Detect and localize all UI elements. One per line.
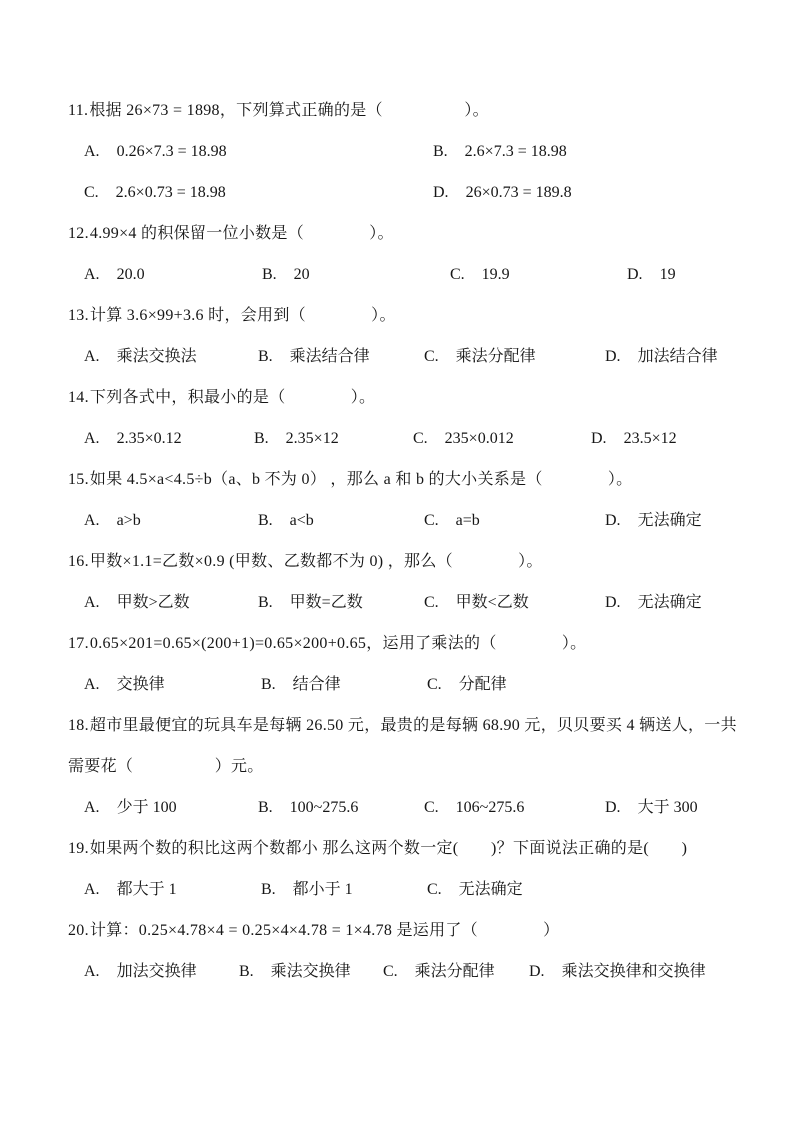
option-text: 结合律 xyxy=(293,676,341,693)
option-c: C.无法确定 xyxy=(427,869,741,910)
question-19: 19.如果两个数的积比这两个数都小 那么这两个数一定( )？下面说法正确的是( … xyxy=(68,828,741,910)
question-text: 计算 3.6×99+3.6 时，会用到（ ）。 xyxy=(90,307,396,324)
option-label: A. xyxy=(84,143,100,160)
option-text: 无法确定 xyxy=(638,512,702,529)
question-number: 20. xyxy=(68,922,89,939)
option-label: D. xyxy=(433,184,449,201)
option-text: 少于 100 xyxy=(117,799,177,816)
option-label: D. xyxy=(591,430,607,447)
option-label: B. xyxy=(258,348,273,365)
options-row: A.乘法交换法 B.乘法结合律 C.乘法分配律 D.加法结合律 xyxy=(68,336,741,377)
option-text: 2.6×7.3 = 18.98 xyxy=(465,143,567,160)
option-a: A.交换律 xyxy=(84,664,261,705)
option-label: B. xyxy=(258,799,273,816)
option-text: 100~275.6 xyxy=(290,799,359,816)
option-d: D.乘法交换律和交换律 xyxy=(529,951,741,992)
option-d: D.23.5×12 xyxy=(591,418,741,459)
option-text: 20.0 xyxy=(117,266,145,283)
option-c: C.乘法分配律 xyxy=(424,336,605,377)
option-label: B. xyxy=(261,676,276,693)
option-label: C. xyxy=(383,963,398,980)
options-row: A.交换律 B.结合律 C.分配律 xyxy=(68,664,741,705)
question-number: 13. xyxy=(68,307,89,324)
option-text: a<b xyxy=(290,512,314,529)
option-text: 大于 300 xyxy=(638,799,698,816)
option-b: B.100~275.6 xyxy=(258,787,424,828)
option-text: 乘法结合律 xyxy=(290,348,370,365)
option-label: B. xyxy=(262,266,277,283)
option-d: D.大于 300 xyxy=(605,787,741,828)
option-c: C.甲数<乙数 xyxy=(424,582,605,623)
question-14: 14.下列各式中，积最小的是（ ）。 A.2.35×0.12 B.2.35×12… xyxy=(68,377,741,459)
question-stem: 11.根据 26×73 = 1898，下列算式正确的是（ ）。 xyxy=(68,90,741,131)
option-label: A. xyxy=(84,594,100,611)
question-number: 15. xyxy=(68,471,89,488)
option-label: A. xyxy=(84,266,100,283)
option-label: D. xyxy=(605,512,621,529)
option-a: A.乘法交换法 xyxy=(84,336,258,377)
option-label: A. xyxy=(84,963,100,980)
option-label: D. xyxy=(627,266,643,283)
option-b: B.2.35×12 xyxy=(254,418,413,459)
option-b: B.a<b xyxy=(258,500,424,541)
option-d: D.无法确定 xyxy=(605,582,741,623)
options-row: A.少于 100 B.100~275.6 C.106~275.6 D.大于 30… xyxy=(68,787,741,828)
option-d: D.加法结合律 xyxy=(605,336,741,377)
options-row: A.2.35×0.12 B.2.35×12 C.235×0.012 D.23.5… xyxy=(68,418,741,459)
option-b: B.结合律 xyxy=(261,664,427,705)
option-label: A. xyxy=(84,676,100,693)
option-text: 乘法分配律 xyxy=(415,963,495,980)
option-b: B.甲数=乙数 xyxy=(258,582,424,623)
question-text: 下列各式中，积最小的是（ ）。 xyxy=(90,389,375,406)
option-label: A. xyxy=(84,512,100,529)
question-11: 11.根据 26×73 = 1898，下列算式正确的是（ ）。 A.0.26×7… xyxy=(68,90,741,213)
question-number: 19. xyxy=(68,840,89,857)
question-stem: 19.如果两个数的积比这两个数都小 那么这两个数一定( )？下面说法正确的是( … xyxy=(68,828,741,869)
option-c: C.19.9 xyxy=(450,254,627,295)
option-label: C. xyxy=(427,676,442,693)
option-text: 交换律 xyxy=(117,676,165,693)
option-a: A.甲数>乙数 xyxy=(84,582,258,623)
question-17: 17.0.65×201=0.65×(200+1)=0.65×200+0.65，运… xyxy=(68,623,741,705)
question-number: 16. xyxy=(68,553,89,570)
option-c: C.a=b xyxy=(424,500,605,541)
option-text: 甲数<乙数 xyxy=(456,594,529,611)
option-label: C. xyxy=(424,512,439,529)
worksheet-page: 11.根据 26×73 = 1898，下列算式正确的是（ ）。 A.0.26×7… xyxy=(0,0,793,1122)
question-text: 甲数×1.1=乙数×0.9 (甲数、乙数都不为 0) ，那么（ ）。 xyxy=(90,553,543,570)
option-label: C. xyxy=(424,594,439,611)
question-16: 16.甲数×1.1=乙数×0.9 (甲数、乙数都不为 0) ，那么（ ）。 A.… xyxy=(68,541,741,623)
question-15: 15.如果 4.5×a<4.5÷b（a、b 不为 0） ，那么 a 和 b 的大… xyxy=(68,459,741,541)
options-row: A.20.0 B.20 C.19.9 D.19 xyxy=(68,254,741,295)
option-b: B.都小于 1 xyxy=(261,869,427,910)
option-b: B.2.6×7.3 = 18.98 xyxy=(433,131,741,172)
option-text: 甲数>乙数 xyxy=(117,594,190,611)
question-text: 0.65×201=0.65×(200+1)=0.65×200+0.65，运用了乘… xyxy=(90,635,587,652)
option-label: C. xyxy=(427,881,442,898)
option-text: 甲数=乙数 xyxy=(290,594,363,611)
option-a: A.都大于 1 xyxy=(84,869,261,910)
question-stem: 12.4.99×4 的积保留一位小数是（ ）。 xyxy=(68,213,741,254)
option-text: 乘法交换法 xyxy=(117,348,197,365)
question-text: 根据 26×73 = 1898，下列算式正确的是（ ）。 xyxy=(89,102,489,119)
question-number: 14. xyxy=(68,389,89,406)
option-c: C.乘法分配律 xyxy=(383,951,529,992)
option-text: 19 xyxy=(660,266,676,283)
option-d: D.19 xyxy=(627,254,741,295)
option-a: A.0.26×7.3 = 18.98 xyxy=(84,131,433,172)
option-a: A.加法交换律 xyxy=(84,951,239,992)
option-label: B. xyxy=(433,143,448,160)
option-text: 2.6×0.73 = 18.98 xyxy=(116,184,226,201)
question-18: 18.超市里最便宜的玩具车是每辆 26.50 元，最贵的是每辆 68.90 元，… xyxy=(68,705,741,828)
question-text: 计算：0.25×4.78×4 = 0.25×4×4.78 = 1×4.78 是运… xyxy=(90,922,560,939)
option-a: A.20.0 xyxy=(84,254,262,295)
option-d: D.26×0.73 = 189.8 xyxy=(433,172,741,213)
option-text: 235×0.012 xyxy=(445,430,514,447)
option-label: A. xyxy=(84,348,100,365)
question-number: 11. xyxy=(68,102,88,119)
option-label: D. xyxy=(529,963,545,980)
option-text: 无法确定 xyxy=(638,594,702,611)
option-text: 无法确定 xyxy=(459,881,523,898)
option-text: 加法交换律 xyxy=(117,963,197,980)
question-13: 13.计算 3.6×99+3.6 时，会用到（ ）。 A.乘法交换法 B.乘法结… xyxy=(68,295,741,377)
option-text: 都小于 1 xyxy=(293,881,353,898)
option-label: B. xyxy=(261,881,276,898)
options-row: C.2.6×0.73 = 18.98 D.26×0.73 = 189.8 xyxy=(68,172,741,213)
option-text: 2.35×12 xyxy=(286,430,339,447)
option-b: B.乘法交换律 xyxy=(239,951,383,992)
option-text: 都大于 1 xyxy=(117,881,177,898)
question-text: 如果 4.5×a<4.5÷b（a、b 不为 0） ，那么 a 和 b 的大小关系… xyxy=(90,471,633,488)
option-text: 加法结合律 xyxy=(638,348,718,365)
option-c: C.235×0.012 xyxy=(413,418,591,459)
option-label: C. xyxy=(413,430,428,447)
option-label: A. xyxy=(84,799,100,816)
option-label: D. xyxy=(605,799,621,816)
option-text: 乘法分配律 xyxy=(456,348,536,365)
option-text: 26×0.73 = 189.8 xyxy=(466,184,572,201)
question-stem: 16.甲数×1.1=乙数×0.9 (甲数、乙数都不为 0) ，那么（ ）。 xyxy=(68,541,741,582)
option-text: 19.9 xyxy=(482,266,510,283)
options-row: A.a>b B.a<b C.a=b D.无法确定 xyxy=(68,500,741,541)
option-label: C. xyxy=(84,184,99,201)
question-stem: 14.下列各式中，积最小的是（ ）。 xyxy=(68,377,741,418)
question-stem: 13.计算 3.6×99+3.6 时，会用到（ ）。 xyxy=(68,295,741,336)
question-stem: 17.0.65×201=0.65×(200+1)=0.65×200+0.65，运… xyxy=(68,623,741,664)
question-20: 20.计算：0.25×4.78×4 = 0.25×4×4.78 = 1×4.78… xyxy=(68,910,741,992)
question-number: 17. xyxy=(68,635,89,652)
option-label: C. xyxy=(450,266,465,283)
option-c: C.106~275.6 xyxy=(424,787,605,828)
option-text: 乘法交换律和交换律 xyxy=(562,963,706,980)
option-label: D. xyxy=(605,348,621,365)
option-label: B. xyxy=(258,594,273,611)
question-number: 12. xyxy=(68,225,89,242)
option-a: A.a>b xyxy=(84,500,258,541)
option-c: C.分配律 xyxy=(427,664,741,705)
option-text: 106~275.6 xyxy=(456,799,525,816)
option-label: C. xyxy=(424,799,439,816)
question-stem: 18.超市里最便宜的玩具车是每辆 26.50 元，最贵的是每辆 68.90 元，… xyxy=(68,705,741,787)
option-a: A.少于 100 xyxy=(84,787,258,828)
option-text: a=b xyxy=(456,512,480,529)
option-label: A. xyxy=(84,881,100,898)
option-text: 20 xyxy=(294,266,310,283)
option-label: D. xyxy=(605,594,621,611)
option-text: 2.35×0.12 xyxy=(117,430,182,447)
option-label: B. xyxy=(239,963,254,980)
option-label: B. xyxy=(258,512,273,529)
question-text: 超市里最便宜的玩具车是每辆 26.50 元，最贵的是每辆 68.90 元，贝贝要… xyxy=(68,717,737,775)
option-text: 分配律 xyxy=(459,676,507,693)
option-text: 23.5×12 xyxy=(624,430,677,447)
option-d: D.无法确定 xyxy=(605,500,741,541)
option-label: C. xyxy=(424,348,439,365)
option-a: A.2.35×0.12 xyxy=(84,418,254,459)
question-number: 18. xyxy=(68,717,89,734)
option-label: A. xyxy=(84,430,100,447)
options-row: A.0.26×7.3 = 18.98 B.2.6×7.3 = 18.98 xyxy=(68,131,741,172)
option-text: a>b xyxy=(117,512,141,529)
option-text: 乘法交换律 xyxy=(271,963,351,980)
question-text: 如果两个数的积比这两个数都小 那么这两个数一定( )？下面说法正确的是( ) xyxy=(90,840,687,857)
option-b: B.20 xyxy=(262,254,450,295)
question-text: 4.99×4 的积保留一位小数是（ ）。 xyxy=(90,225,394,242)
options-row: A.甲数>乙数 B.甲数=乙数 C.甲数<乙数 D.无法确定 xyxy=(68,582,741,623)
option-label: B. xyxy=(254,430,269,447)
option-text: 0.26×7.3 = 18.98 xyxy=(117,143,227,160)
question-12: 12.4.99×4 的积保留一位小数是（ ）。 A.20.0 B.20 C.19… xyxy=(68,213,741,295)
question-stem: 20.计算：0.25×4.78×4 = 0.25×4×4.78 = 1×4.78… xyxy=(68,910,741,951)
option-b: B.乘法结合律 xyxy=(258,336,424,377)
options-row: A.都大于 1 B.都小于 1 C.无法确定 xyxy=(68,869,741,910)
options-row: A.加法交换律 B.乘法交换律 C.乘法分配律 D.乘法交换律和交换律 xyxy=(68,951,741,992)
question-stem: 15.如果 4.5×a<4.5÷b（a、b 不为 0） ，那么 a 和 b 的大… xyxy=(68,459,741,500)
option-c: C.2.6×0.73 = 18.98 xyxy=(84,172,433,213)
